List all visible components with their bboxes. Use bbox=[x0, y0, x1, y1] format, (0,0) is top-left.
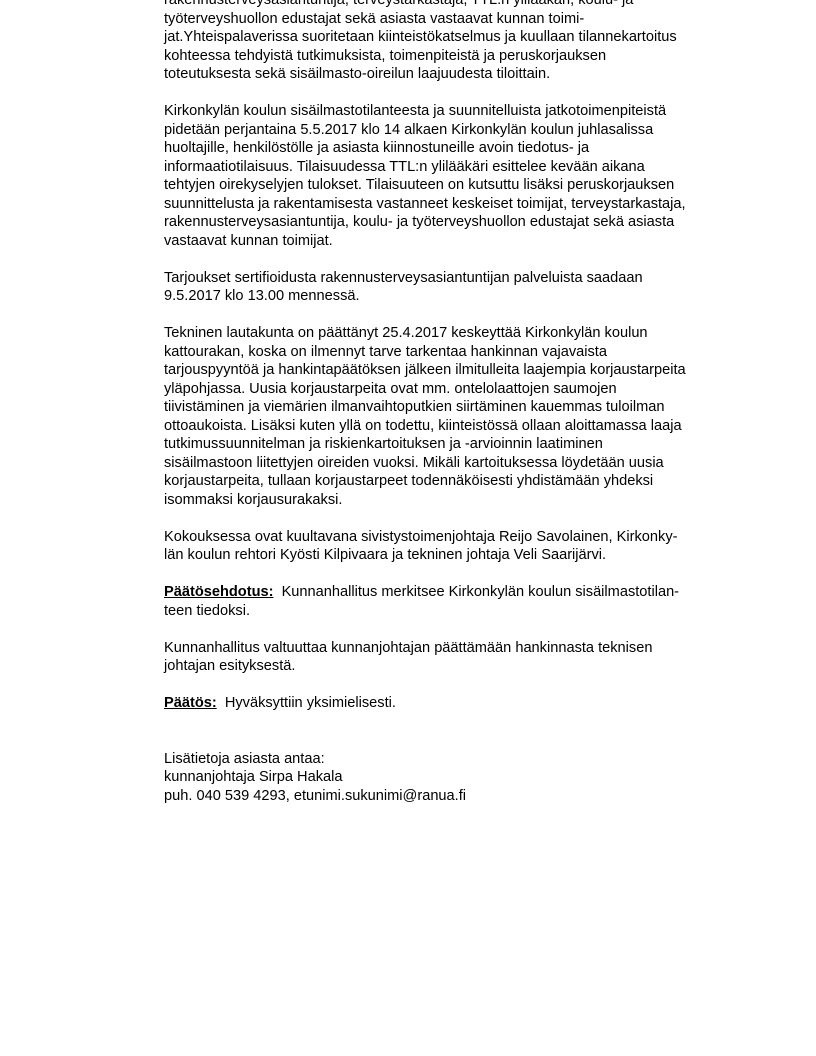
decision: Päätös: Hyväksyttiin yksimielisesti. bbox=[164, 694, 744, 713]
text-line: vastaavat kunnan toimijat. bbox=[164, 232, 744, 251]
text-line: tarjouspyyntöä ja hankintapäätöksen jälk… bbox=[164, 361, 744, 380]
text-line: rakennusterveysasiantuntija, koulu- ja t… bbox=[164, 213, 744, 232]
text-line: 9.5.2017 klo 13.00 mennessä. bbox=[164, 287, 744, 306]
paragraph-offers: Tarjoukset sertifioidusta rakennustervey… bbox=[164, 269, 744, 306]
contact-info: Lisätietoja asiasta antaa: kunnanjohtaja… bbox=[164, 750, 744, 806]
spacer bbox=[164, 731, 744, 750]
text-line: Tarjoukset sertifioidusta rakennustervey… bbox=[164, 269, 744, 288]
proposal-text: Kunnanhallitus merkitsee Kirkonkylän kou… bbox=[282, 584, 679, 600]
text-line: sisäilmastoon liitettyjen oireiden vuoks… bbox=[164, 454, 744, 473]
text-line: jat.Yhteispalaverissa suoritetaan kiinte… bbox=[164, 28, 744, 47]
text-line: informaatiotilaisuus. Tilaisuudessa TTL:… bbox=[164, 158, 744, 177]
paragraph-hearing: Kokouksessa ovat kuultavana sivistystoim… bbox=[164, 528, 744, 565]
contact-person: kunnanjohtaja Sirpa Hakala bbox=[164, 768, 744, 787]
proposal-label: Päätösehdotus: bbox=[164, 584, 273, 600]
contact-details: puh. 040 539 4293, etunimi.sukunimi@ranu… bbox=[164, 787, 744, 806]
paragraph-meeting-participants: rakennusterveysasiantuntija, terveystark… bbox=[164, 0, 744, 84]
authorization-paragraph: Kunnanhallitus valtuuttaa kunnanjohtajan… bbox=[164, 639, 744, 676]
text-line: suunnittelusta ja rakentamisesta vastann… bbox=[164, 195, 744, 214]
text-line: isommaksi korjausurakaksi. bbox=[164, 491, 744, 510]
text-line: Päätös: Hyväksyttiin yksimielisesti. bbox=[164, 694, 744, 713]
paragraph-technical-board: Tekninen lautakunta on päättänyt 25.4.20… bbox=[164, 324, 744, 509]
text-line: kohteessa tehdyistä tutkimuksista, toime… bbox=[164, 47, 744, 66]
text-line: työterveyshuollon edustajat sekä asiasta… bbox=[164, 10, 744, 29]
text-line: Tekninen lautakunta on päättänyt 25.4.20… bbox=[164, 324, 744, 343]
text-line: huoltajille, henkilöstölle ja asiasta ki… bbox=[164, 139, 744, 158]
text-line: ottoaukoista. Lisäksi kuten yllä on tode… bbox=[164, 417, 744, 436]
text-line: Kokouksessa ovat kuultavana sivistystoim… bbox=[164, 528, 744, 547]
text-line: tehtyjen oirekyselyjen tulokset. Tilaisu… bbox=[164, 176, 744, 195]
decision-label: Päätös: bbox=[164, 695, 217, 711]
text-line: korjaustarpeita, tullaan korjaustarpeet … bbox=[164, 472, 744, 491]
text-line: Päätösehdotus: Kunnanhallitus merkitsee … bbox=[164, 583, 744, 602]
text-line: tutkimussuunnitelman ja riskienkartoituk… bbox=[164, 435, 744, 454]
text-line: rakennusterveysasiantuntija, terveystark… bbox=[164, 0, 744, 10]
text-line: kattourakan, koska on ilmennyt tarve tar… bbox=[164, 343, 744, 362]
contact-heading: Lisätietoja asiasta antaa: bbox=[164, 750, 744, 769]
decision-proposal: Päätösehdotus: Kunnanhallitus merkitsee … bbox=[164, 583, 744, 620]
decision-text: Hyväksyttiin yksimielisesti. bbox=[225, 695, 396, 711]
text-line: Kunnanhallitus valtuuttaa kunnanjohtajan… bbox=[164, 639, 744, 658]
text-line: Kirkonkylän koulun sisäilmastotilanteest… bbox=[164, 102, 744, 121]
text-line: pidetään perjantaina 5.5.2017 klo 14 alk… bbox=[164, 121, 744, 140]
text-line: yläpohjassa. Uusia korjaustarpeita ovat … bbox=[164, 380, 744, 399]
text-line: johtajan esityksestä. bbox=[164, 657, 744, 676]
document-page: rakennusterveysasiantuntija, terveystark… bbox=[164, 0, 744, 824]
text-line: toteutuksesta sekä sisäilmasto-oireilun … bbox=[164, 65, 744, 84]
text-line: tiivistäminen ja viemärien ilmanvaihtopu… bbox=[164, 398, 744, 417]
paragraph-info-event: Kirkonkylän koulun sisäilmastotilanteest… bbox=[164, 102, 744, 250]
text-line: län koulun rehtori Kyösti Kilpivaara ja … bbox=[164, 546, 744, 565]
text-line: teen tiedoksi. bbox=[164, 602, 744, 621]
